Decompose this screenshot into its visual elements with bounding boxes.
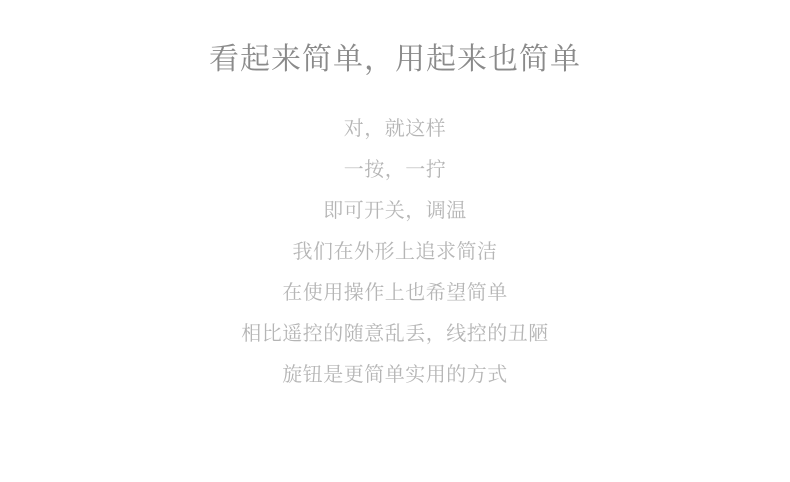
product-description-section: 看起来简单，用起来也简单 对，就这样 一按，一拧 即可开关，调温 我们在外形上追… <box>0 0 790 482</box>
description-lines: 对，就这样 一按，一拧 即可开关，调温 我们在外形上追求简洁 在使用操作上也希望… <box>0 109 790 396</box>
description-line-3: 即可开关，调温 <box>0 191 790 232</box>
description-line-2: 一按，一拧 <box>0 150 790 191</box>
description-line-7: 旋钮是更简单实用的方式 <box>0 355 790 396</box>
section-title: 看起来简单，用起来也简单 <box>0 0 790 79</box>
description-line-6: 相比遥控的随意乱丢，线控的丑陋 <box>0 314 790 355</box>
description-line-4: 我们在外形上追求简洁 <box>0 232 790 273</box>
description-line-1: 对，就这样 <box>0 109 790 150</box>
description-line-5: 在使用操作上也希望简单 <box>0 273 790 314</box>
